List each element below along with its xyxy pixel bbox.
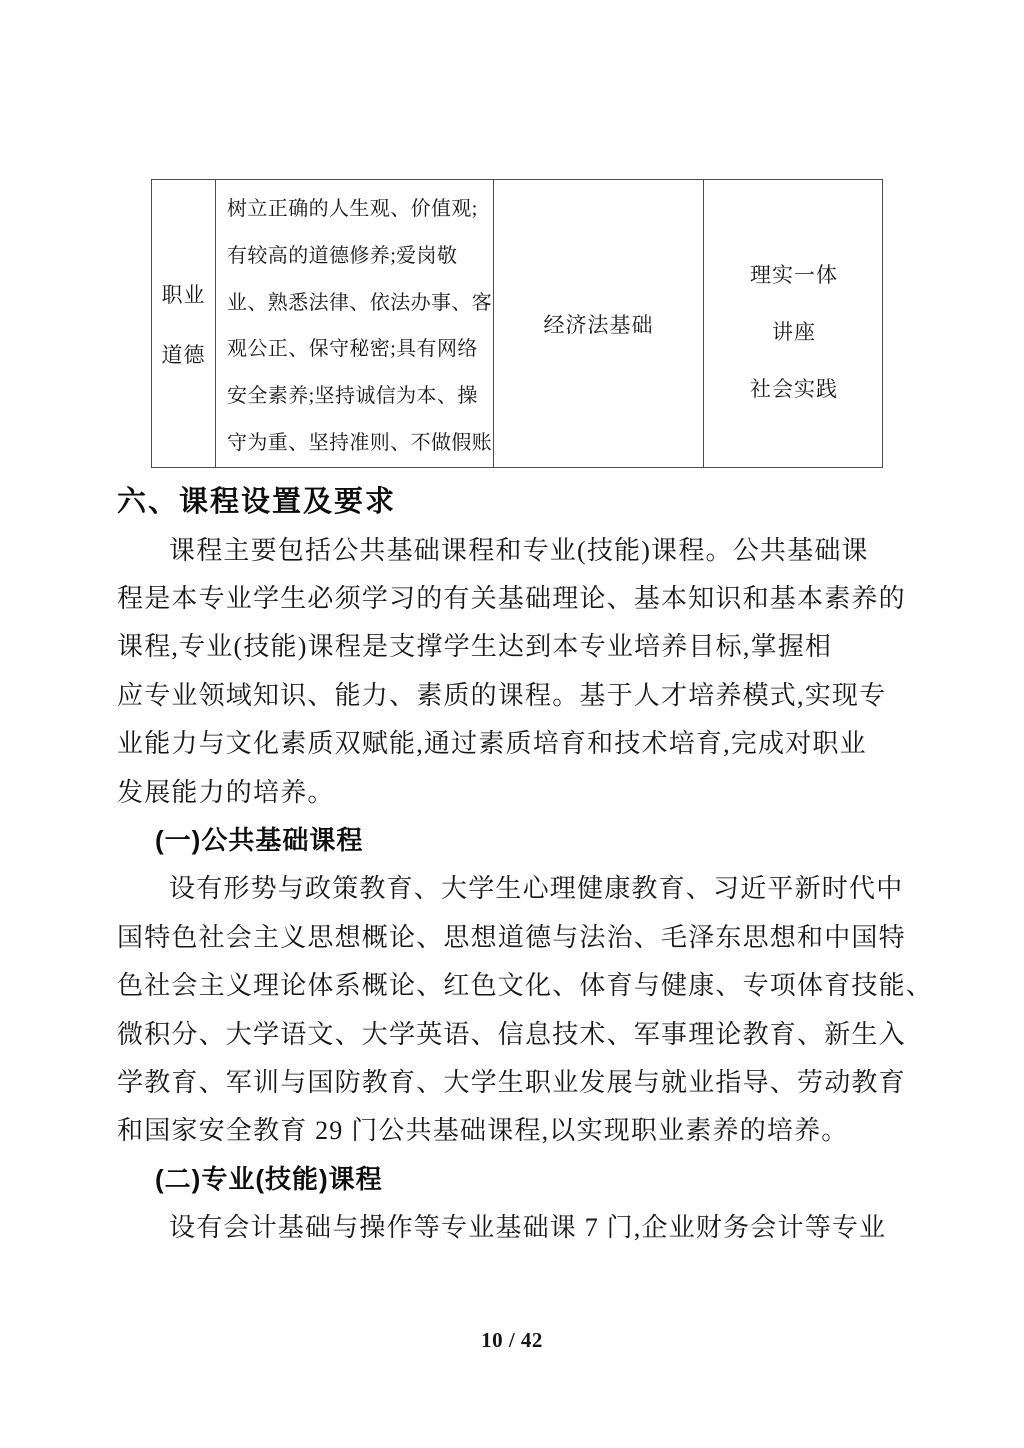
description-line: 安全素养;坚持诚信为本、操 bbox=[227, 372, 487, 416]
body-text-line: 设有会计基础与操作等专业基础课 7 门,企业财务会计等专业 bbox=[117, 1201, 907, 1249]
teaching-method-line: 讲座 bbox=[772, 316, 816, 346]
category-line: 道德 bbox=[162, 339, 206, 369]
paragraph-public-basic-courses: 设有形势与政策教育、大学生心理健康教育、习近平新时代中国特色社会主义思想概论、思… bbox=[117, 863, 907, 1153]
body-text-line: 发展能力的培养。 bbox=[117, 766, 907, 814]
body-text-line: 微积分、大学语文、大学英语、信息技术、军事理论教育、新生入 bbox=[117, 1008, 907, 1056]
course-name: 经济法基础 bbox=[544, 309, 654, 339]
section-heading: 六、课程设置及要求 bbox=[117, 477, 396, 521]
document-body: 课程主要包括公共基础课程和专业(技能)课程。公共基础课程是本专业学生必须学习的有… bbox=[117, 524, 907, 1250]
page-number: 10 / 42 bbox=[0, 1328, 1024, 1353]
paragraph-professional-skill-courses: 设有会计基础与操作等专业基础课 7 门,企业财务会计等专业 bbox=[117, 1201, 907, 1249]
body-text-line: 应专业领域知识、能力、素质的课程。基于人才培养模式,实现专 bbox=[117, 669, 907, 717]
course-table: 职业道德 树立正确的人生观、价值观;有较高的道德修养;爱岗敬业、熟悉法律、依法办… bbox=[151, 179, 883, 468]
body-text-line: 课程,专业(技能)课程是支撑学生达到本专业培养目标,掌握相 bbox=[117, 621, 907, 669]
subheading-public-basic-courses: (一)公共基础课程 bbox=[117, 814, 907, 862]
table-cell-course: 经济法基础 bbox=[494, 180, 704, 467]
teaching-method-line: 社会实践 bbox=[750, 373, 838, 403]
paragraph-course-overview: 课程主要包括公共基础课程和专业(技能)课程。公共基础课程是本专业学生必须学习的有… bbox=[117, 524, 907, 814]
body-text-line: 程是本专业学生必须学习的有关基础理论、基本知识和基本素养的 bbox=[117, 572, 907, 620]
category-line: 职业 bbox=[162, 279, 206, 309]
description-line: 树立正确的人生观、价值观; bbox=[227, 184, 487, 228]
body-text-line: 设有形势与政策教育、大学生心理健康教育、习近平新时代中 bbox=[117, 863, 907, 911]
table-cell-category: 职业道德 bbox=[152, 180, 216, 467]
body-text-line: 课程主要包括公共基础课程和专业(技能)课程。公共基础课 bbox=[117, 524, 907, 572]
body-text-line: 和国家安全教育 29 门公共基础课程,以实现职业素养的培养。 bbox=[117, 1105, 907, 1153]
description-line: 守为重、坚持准则、不做假账。 bbox=[227, 419, 487, 463]
table-cell-teaching-methods: 理实一体讲座社会实践 bbox=[704, 180, 884, 467]
body-text-line: 国特色社会主义思想概论、思想道德与法治、毛泽东思想和中国特 bbox=[117, 911, 907, 959]
description-line: 观公正、保守秘密;具有网络 bbox=[227, 325, 487, 369]
description-line: 有较高的道德修养;爱岗敬 bbox=[227, 231, 487, 275]
document-page: 职业道德 树立正确的人生观、价值观;有较高的道德修养;爱岗敬业、熟悉法律、依法办… bbox=[0, 0, 1024, 1448]
body-text-line: 业能力与文化素质双赋能,通过素质培育和技术培育,完成对职业 bbox=[117, 718, 907, 766]
description-line: 业、熟悉法律、依法办事、客 bbox=[227, 278, 487, 322]
subheading-professional-skill-courses: (二)专业(技能)课程 bbox=[117, 1153, 907, 1201]
teaching-method-line: 理实一体 bbox=[750, 259, 838, 289]
body-text-line: 色社会主义理论体系概论、红色文化、体育与健康、专项体育技能、 bbox=[117, 960, 907, 1008]
table-cell-description: 树立正确的人生观、价值观;有较高的道德修养;爱岗敬业、熟悉法律、依法办事、客观公… bbox=[216, 180, 494, 467]
body-text-line: 学教育、军训与国防教育、大学生职业发展与就业指导、劳动教育 bbox=[117, 1056, 907, 1104]
